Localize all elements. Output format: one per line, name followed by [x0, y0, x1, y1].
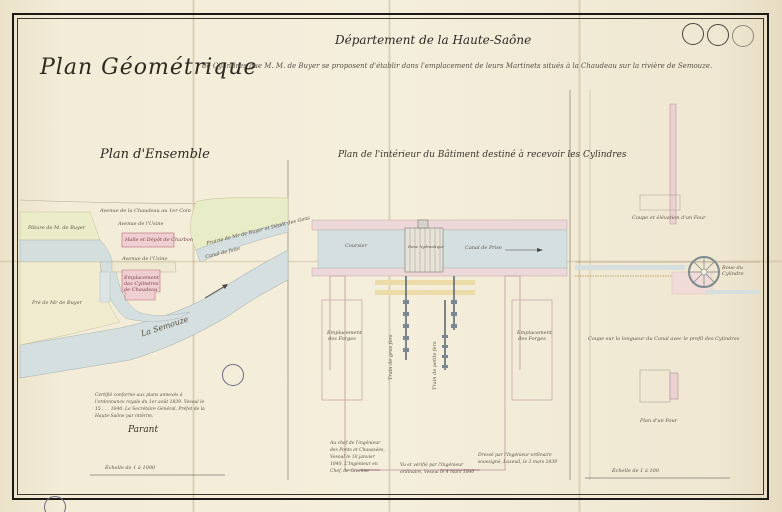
label-cour: Avenue de l'Usine [122, 256, 167, 262]
plan-interieur-drawing [312, 220, 567, 470]
label-right-room: Emplacement des Forges [517, 330, 547, 342]
certification-note: Certifié conforme aux plans annexés à l'… [95, 392, 205, 420]
label-avenue-usine: Avenue de l'Usine [118, 221, 163, 227]
signature-block-right: Dressé par l'Ingénieur ordinaire soussig… [478, 452, 568, 466]
label-coupe-four: Coupe et élévation d'un Four [632, 215, 706, 221]
label-building: Emplacement des Cylindres de Chaudeau [124, 275, 160, 293]
label-train-2: Train de petits fers [432, 341, 438, 390]
label-pre-left: Pâture de M. de Buyer [28, 225, 85, 231]
label-usine: Halle et Dépôt de Charbon [125, 237, 193, 243]
signature-block-middle: Vu et vérifié par l'Ingénieur ordinaire,… [400, 462, 480, 476]
label-wheel: Roue du Cylindre [722, 265, 752, 277]
label-canal-amont: Canal de Prise [465, 245, 502, 251]
certification-signature: Parant [128, 425, 158, 435]
signature-block-left: Au chef de l'ingénieur des Ponts et Chau… [330, 440, 385, 475]
scale-label-right: Échelle de 1 à 100 [612, 468, 659, 474]
label-pre-lower: Pré de Mr de Buyer [32, 300, 82, 306]
scale-label-left: Échelle de 1 à 1000 [105, 465, 155, 471]
label-coupe-canal: Coupe sur la longueur du Canal avec le p… [588, 336, 739, 342]
label-roue: Roue hydraulique [408, 244, 444, 249]
label-coursier: Coursier [345, 243, 367, 249]
label-train-1: Train de gros fers [388, 335, 394, 380]
label-plan-four: Plan d'un Four [640, 418, 677, 424]
map-drawings [0, 0, 782, 512]
label-avenue-top: Avenue de la Chaudeau au 1er Coin [100, 208, 191, 214]
label-left-room: Emplacement des Forges [327, 330, 357, 342]
